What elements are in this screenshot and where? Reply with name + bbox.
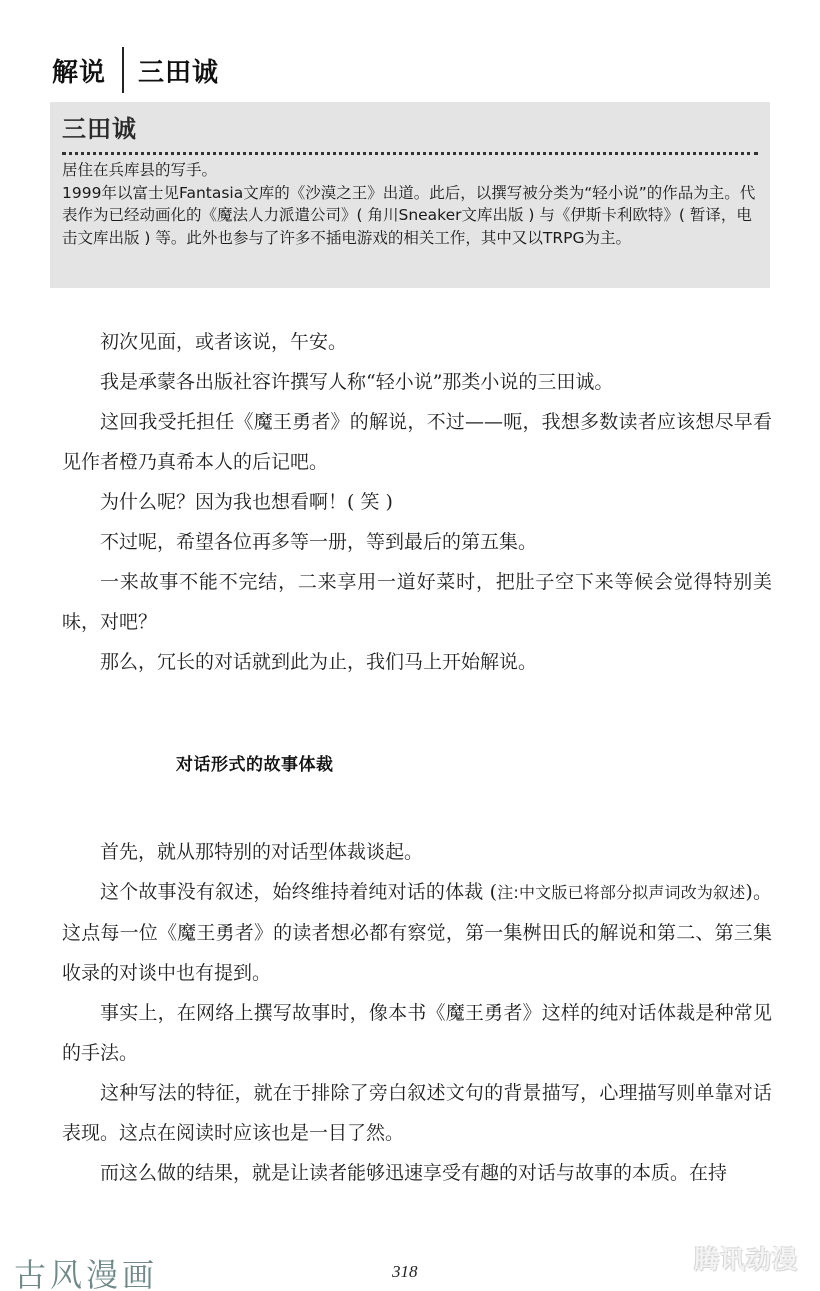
- header-section-label: 解说: [52, 52, 106, 89]
- brand-watermark-logo: 腾讯动漫: [684, 1243, 808, 1273]
- paragraph: 一来故事不能不完结，二来享用一道好菜时，把肚子空下来等候会觉得特别美味，对吧？: [62, 562, 772, 642]
- paragraph: 为什么呢？因为我也想看啊！( 笑 ): [62, 482, 772, 522]
- profile-bio-line: 居住在兵库县的写手。: [62, 159, 758, 182]
- dotted-divider: [62, 152, 758, 155]
- paragraph: 初次见面，或者该说，午安。: [62, 322, 772, 362]
- paragraph: 而这么做的结果，就是让读者能够迅速享受有趣的对话与故事的本质。在持: [62, 1153, 772, 1193]
- section-heading: 对话形式的故事体裁: [176, 750, 334, 775]
- section-text-block: 首先，就从那特别的对话型体裁谈起。 这个故事没有叙述，始终维持着纯对话的体裁 (…: [62, 832, 772, 1193]
- paragraph: 这回我受托担任《魔王勇者》的解说，不过——呃，我想多数读者应该想尽早看见作者橙乃…: [62, 402, 772, 482]
- paragraph: 首先，就从那特别的对话型体裁谈起。: [62, 832, 772, 872]
- page-header: 解说 三田诚: [52, 50, 219, 90]
- profile-bio: 居住在兵库县的写手。 1999年以富士见Fantasia文库的《沙漠之王》出道。…: [62, 159, 758, 249]
- site-watermark: 古风漫画: [14, 1250, 158, 1291]
- intro-text-block: 初次见面，或者该说，午安。 我是承蒙各出版社容许撰写人称“轻小说”那类小说的三田…: [62, 322, 772, 682]
- paragraph: 事实上，在网络上撰写故事时，像本书《魔王勇者》这样的纯对话体裁是种常见的手法。: [62, 993, 772, 1073]
- author-profile-box: 三田诚 居住在兵库县的写手。 1999年以富士见Fantasia文库的《沙漠之王…: [50, 102, 770, 288]
- header-divider: [122, 47, 124, 93]
- paragraph: 我是承蒙各出版社容许撰写人称“轻小说”那类小说的三田诚。: [62, 362, 772, 402]
- paragraph: 那么，冗长的对话就到此为止，我们马上开始解说。: [62, 642, 772, 682]
- paragraph: 不过呢，希望各位再多等一册，等到最后的第五集。: [62, 522, 772, 562]
- translator-note: 注:中文版已将部分拟声词改为叙述: [497, 883, 745, 902]
- paragraph-text: 这个故事没有叙述，始终维持着纯对话的体裁 (: [100, 881, 497, 903]
- page-number: 318: [392, 1262, 418, 1282]
- profile-name: 三田诚: [62, 112, 758, 146]
- paragraph: 这个故事没有叙述，始终维持着纯对话的体裁 (注:中文版已将部分拟声词改为叙述)。…: [62, 872, 772, 993]
- profile-bio-line: 1999年以富士见Fantasia文库的《沙漠之王》出道。此后，以撰写被分类为“…: [62, 182, 758, 250]
- header-author-name: 三田诚: [138, 52, 219, 89]
- paragraph: 这种写法的特征，就在于排除了旁白叙述文句的背景描写，心理描写则单靠对话表现。这点…: [62, 1073, 772, 1153]
